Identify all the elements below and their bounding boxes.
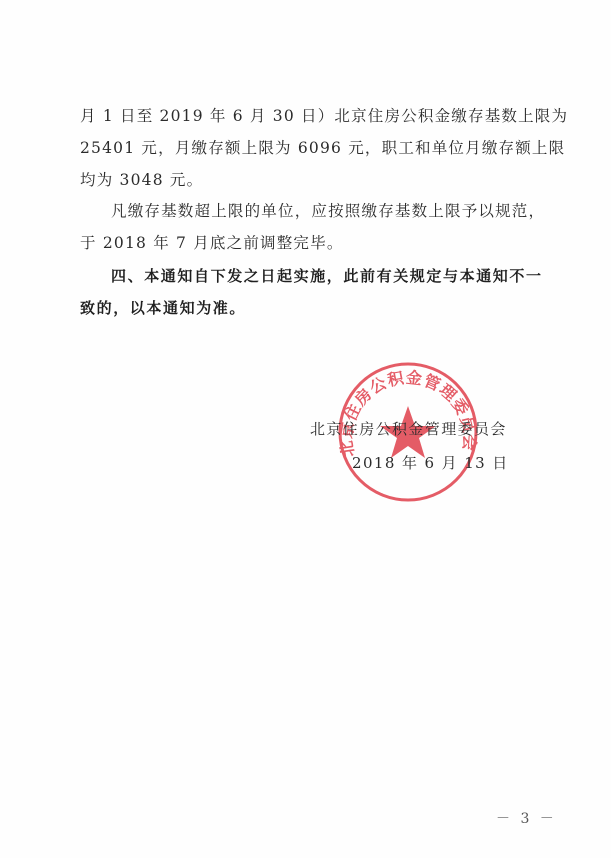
document-page: 月 1 日至 2019 年 6 月 30 日）北京住房公积金缴存基数上限为 25… — [0, 0, 611, 858]
section-four-line-1: 四、本通知自下发之日起实施，此前有关规定与本通知不一 — [111, 266, 567, 286]
issuer-name: 北京住房公积金管理委员会 — [310, 418, 507, 439]
paragraph-1-line-2: 25401 元，月缴存额上限为 6096 元，职工和单位月缴存额上限 — [80, 138, 536, 158]
paragraph-1-line-3: 均为 3048 元。 — [80, 170, 536, 190]
paragraph-2-line-2: 于 2018 年 7 月底之前调整完毕。 — [80, 233, 536, 253]
paragraph-2-line-1: 凡缴存基数超上限的单位，应按照缴存基数上限予以规范， — [111, 201, 567, 221]
issue-date: 2018 年 6 月 13 日 — [352, 452, 509, 473]
section-four-line-2: 致的，以本通知为准。 — [80, 298, 536, 318]
paragraph-1-line-1: 月 1 日至 2019 年 6 月 30 日）北京住房公积金缴存基数上限为 — [80, 106, 536, 126]
page-number: － 3 － — [496, 808, 557, 828]
